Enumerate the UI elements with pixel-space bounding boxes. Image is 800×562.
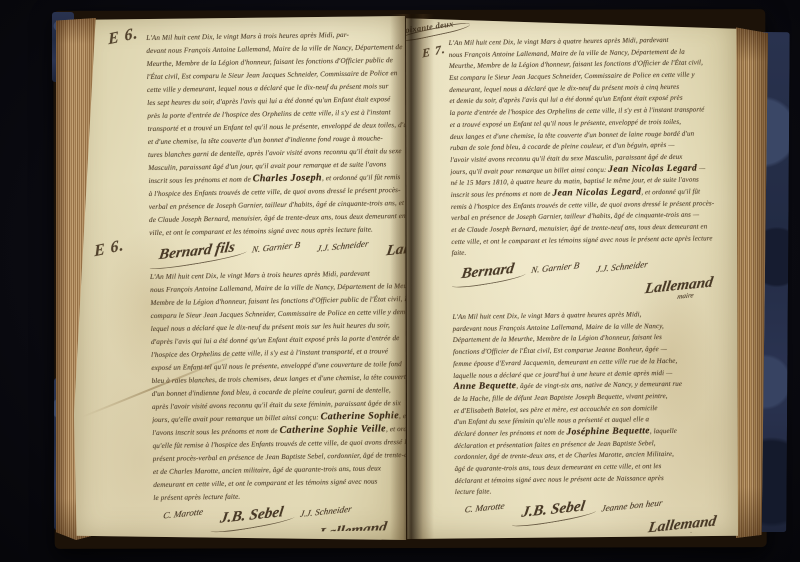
photo-background: E 6. E 6. L'An Mil huit cent Dix, le vin… [0,0,800,562]
margin-mark-left-entry1: E 6. [108,25,139,50]
margin-mark-right-entry1: E 7. [422,41,446,61]
signature-title: maire [655,528,724,536]
signature: Bernard [460,261,515,283]
signature: J.J. Schneider [300,504,353,519]
left-page-manuscript-text: L'An Mil huit cent Dix, le vingt Mars à … [146,28,412,534]
highlighted-name: Jean Nicolas Legard [552,187,641,198]
signature-row: Lallemandmaire [465,516,741,536]
signature: Lallemandmaire [643,275,714,305]
manuscript-line: le présent après lecture faite. [153,488,411,505]
signature: J.J. Schneider [316,238,369,253]
highlighted-name: Jean Nicolas Legard [608,163,697,174]
signature: Bernard fils [158,239,236,264]
register-entry: L'An Mil huit cent Dix, le vingt Mars à … [146,28,408,268]
signature: C. Marotte [464,501,505,515]
highlighted-name: Joséphine Bequette [566,426,650,437]
signature: J.J. Schneider [596,259,649,274]
register-entry: L'An Mil huit cent Dix, le vingt Mars à … [150,267,412,534]
signature-row: Lallemandmaire [462,277,738,309]
highlighted-name: Catherine Sophie [321,410,400,422]
right-page: Soixante deux E 7. L'An Mil huit cent Di… [406,14,738,540]
margin-mark-left-entry2: E 6. [94,237,125,262]
left-page: E 6. E 6. L'An Mil huit cent Dix, le vin… [74,16,406,540]
register-entry: L'An Mil huit cent Dix, le vingt Mars à … [449,34,739,309]
register-entry: L'An Mil huit cent Dix, le vingt Mars à … [452,308,741,536]
highlighted-name: Anne Bequette [453,381,516,392]
signature-row: Bernard filsN. Garnier BJ.J. SchneiderLa… [159,240,407,268]
signature: N. Garnier B [530,260,580,275]
signature: N. Garnier B [251,240,300,255]
signature: Lallemandmaire [646,514,717,536]
signature: C. Marotte [163,507,204,521]
folio-number: Soixante deux [400,18,455,35]
right-page-manuscript-text: L'An Mil huit cent Dix, le vingt Mars à … [449,34,742,536]
highlighted-name: Charles Joseph [253,172,322,184]
signature-title: maire [651,289,720,304]
signature: Jeanne bon heur [601,498,663,514]
highlighted-name: Catherine Sophie Veille [279,423,386,436]
